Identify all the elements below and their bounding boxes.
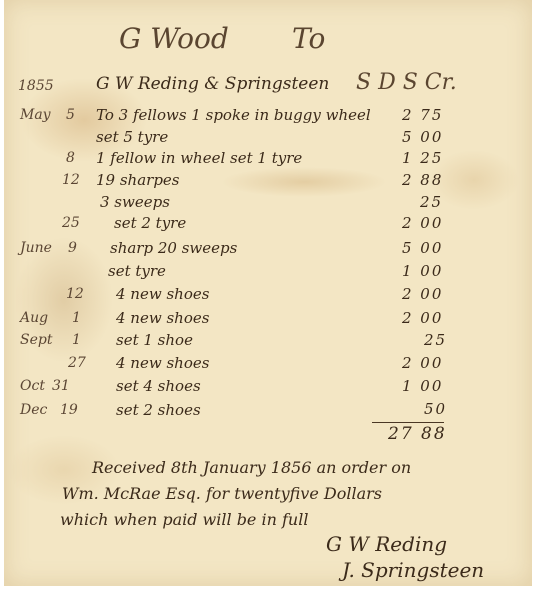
entry-amount: 2 00 — [402, 285, 443, 303]
signature-reding: G W Reding — [326, 532, 447, 556]
entry-amount: 2 75 — [402, 106, 443, 124]
entry-amount: 1 00 — [402, 262, 443, 280]
entry-day: 8 — [66, 150, 75, 166]
entry-month: May — [20, 107, 51, 123]
entry-amount: 25 — [424, 331, 447, 349]
entry-description: set 5 tyre — [96, 128, 168, 146]
entry-amount: 25 — [420, 193, 443, 211]
entry-amount: 2 88 — [402, 171, 443, 189]
total-amount: 27 88 — [388, 424, 447, 444]
entry-day: 31 — [52, 378, 70, 394]
entry-amount: 2 00 — [402, 354, 443, 372]
entry-amount: 50 — [424, 400, 447, 418]
entry-day: 1 — [72, 332, 81, 348]
entry-amount: 1 00 — [402, 377, 443, 395]
entry-month: Oct — [20, 378, 45, 394]
year: 1855 — [18, 78, 54, 94]
entry-description: set 2 tyre — [114, 214, 186, 232]
entry-month: Sept — [20, 332, 52, 348]
entry-description: 3 sweeps — [100, 193, 170, 211]
entry-day: 12 — [66, 286, 84, 302]
entry-description: set 2 shoes — [116, 401, 201, 419]
creditor-abbrev: S D S Cr. — [356, 70, 457, 95]
note-line: which when paid will be in full — [60, 510, 308, 529]
heading-debtor: G Wood — [119, 22, 229, 55]
entry-description: set 4 shoes — [116, 377, 201, 395]
entry-description: 4 new shoes — [116, 309, 209, 327]
entry-day: 12 — [62, 172, 80, 188]
heading-to: To — [292, 22, 325, 55]
entry-month: Dec — [20, 402, 47, 418]
entry-description: 19 sharpes — [96, 171, 180, 189]
entry-day: 5 — [66, 107, 75, 123]
entry-day: 25 — [62, 215, 80, 231]
entry-month: June — [20, 240, 52, 256]
entry-amount: 2 00 — [402, 309, 443, 327]
entry-description: 4 new shoes — [116, 285, 209, 303]
entry-day: 9 — [68, 240, 77, 256]
entry-day: 19 — [60, 402, 78, 418]
entry-description: sharp 20 sweeps — [110, 239, 237, 257]
entry-day: 27 — [68, 355, 86, 371]
entry-amount: 2 00 — [402, 214, 443, 232]
entry-description: To 3 fellows 1 spoke in buggy wheel — [96, 106, 371, 124]
signature-springsteen: J. Springsteen — [342, 558, 484, 582]
ledger-paper: G Wood To 1855 G W Reding & Springsteen … — [4, 0, 532, 586]
entry-description: set tyre — [108, 262, 166, 280]
entry-amount: 5 00 — [402, 128, 443, 146]
entry-month: Aug — [20, 310, 48, 326]
entry-day: 1 — [72, 310, 81, 326]
entry-amount: 1 25 — [402, 149, 443, 167]
entry-description: set 1 shoe — [116, 331, 193, 349]
note-line: Received 8th January 1856 an order on — [92, 458, 411, 477]
total-rule — [372, 422, 444, 423]
entry-description: 4 new shoes — [116, 354, 209, 372]
entry-amount: 5 00 — [402, 239, 443, 257]
note-line: Wm. McRae Esq. for twentyfive Dollars — [62, 484, 382, 503]
creditor-name: G W Reding & Springsteen — [96, 74, 329, 94]
entry-description: 1 fellow in wheel set 1 tyre — [96, 149, 302, 167]
